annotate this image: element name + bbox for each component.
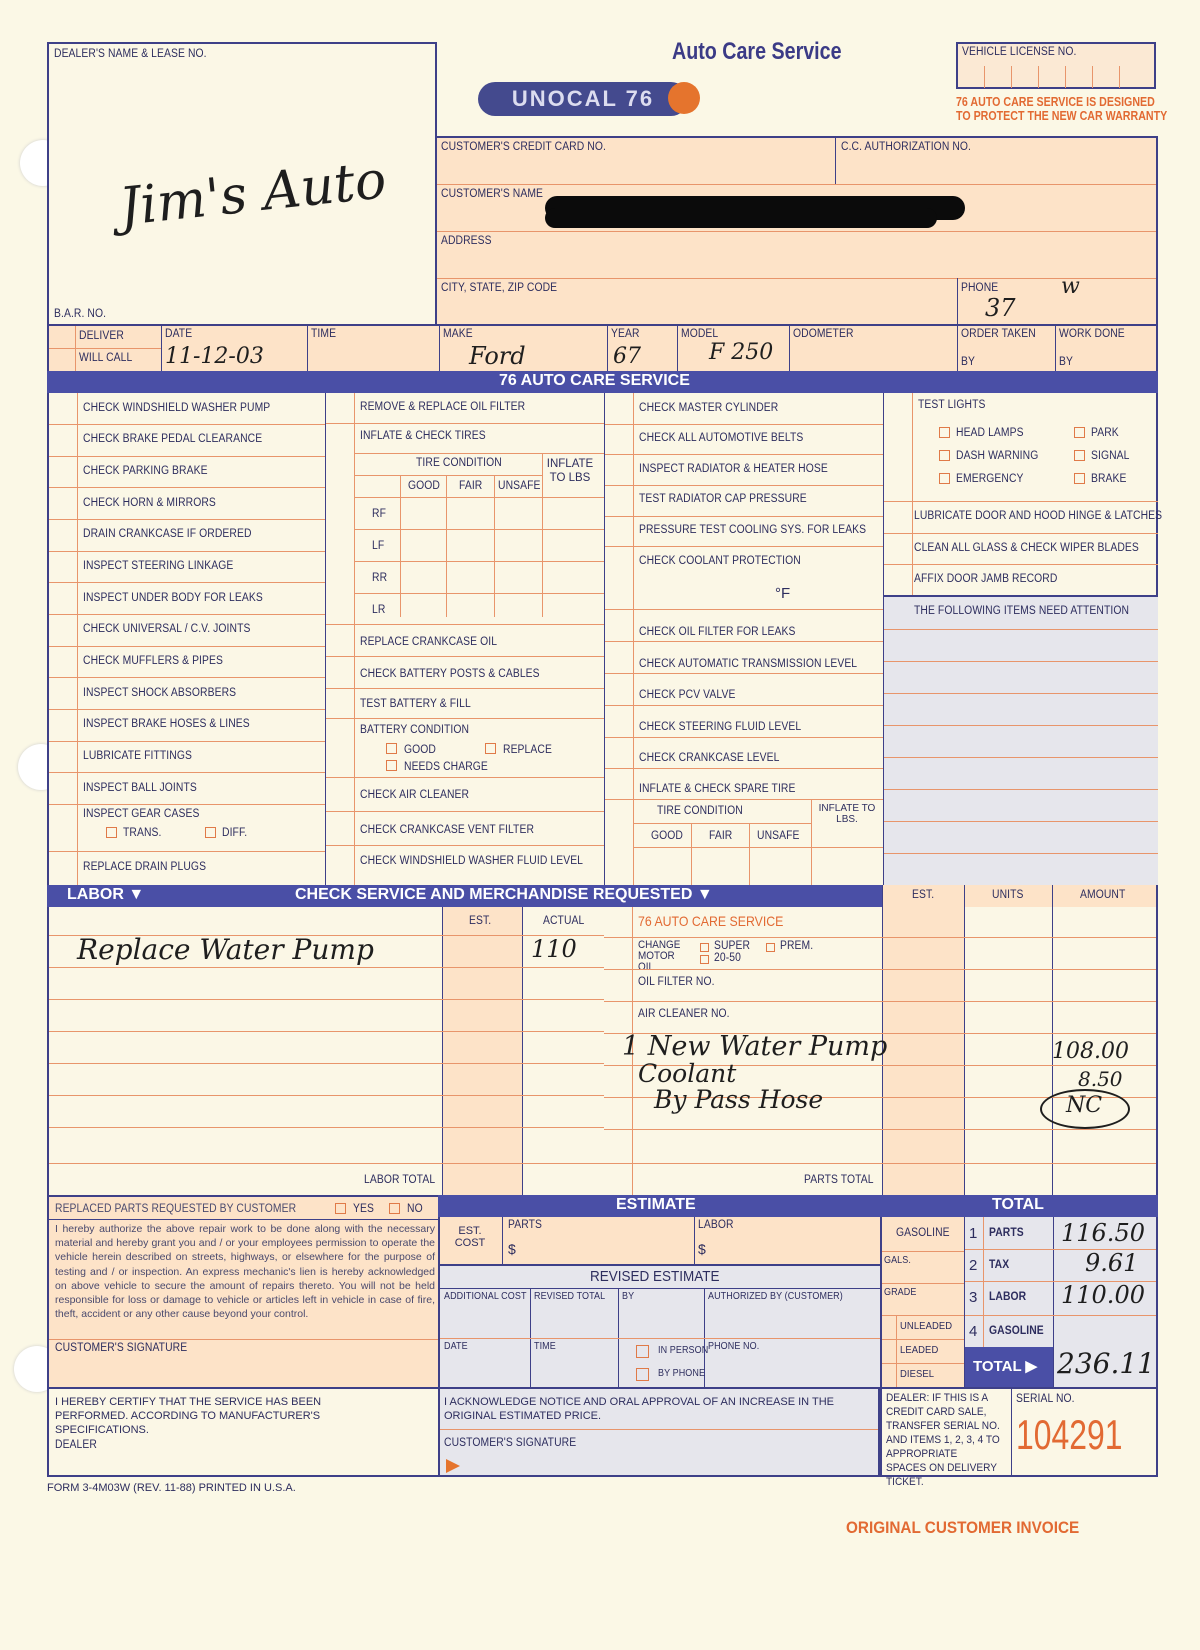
estimate-banner: ESTIMATE (438, 1195, 880, 1217)
city-state-zip-label: CITY, STATE, ZIP CODE (441, 282, 557, 294)
total-parts-value[interactable]: 116.50 (1061, 1219, 1145, 1247)
checklist-item[interactable]: CHECK CRANKCASE LEVEL (639, 752, 780, 764)
checklist-item[interactable]: CHECK AUTOMATIC TRANSMISSION LEVEL (639, 658, 857, 670)
est-labor-dollar[interactable]: $ (698, 1241, 706, 1257)
prem-oil-label: PREM. (780, 940, 813, 952)
checklist-item[interactable]: INSPECT BRAKE HOSES & LINES (83, 718, 250, 730)
tire-row-lf: LF (372, 540, 384, 552)
labor-total-label: LABOR TOTAL (364, 1174, 435, 1186)
phone-no-label: PHONE NO. (708, 1341, 759, 1352)
grade-label: GRADE (884, 1287, 916, 1298)
checklist-item[interactable]: CHECK PCV VALVE (639, 689, 735, 701)
checklist-item[interactable]: TEST RADIATOR CAP PRESSURE (639, 493, 807, 505)
tire-row-lr: LR (372, 604, 385, 616)
super-oil-label: SUPER (714, 940, 750, 952)
oil-2050-checkbox[interactable] (700, 955, 709, 964)
checklist-column-2: REMOVE & REPLACE OIL FILTER INFLATE & CH… (326, 393, 604, 885)
total-labor-label: LABOR (989, 1291, 1026, 1303)
total-gasoline-label: GASOLINE (989, 1325, 1044, 1337)
revised-by-label: BY (622, 1291, 634, 1302)
est-parts-dollar[interactable]: $ (508, 1241, 516, 1257)
tire-row-rf: RF (372, 508, 386, 520)
deliver-label: DELIVER (79, 330, 124, 342)
merch-amount[interactable]: NC (1066, 1093, 1102, 1118)
customer-signature-label: CUSTOMER'S SIGNATURE (55, 1342, 187, 1354)
model-value: F 250 (709, 340, 773, 365)
work-done-label: WORK DONE (1059, 328, 1125, 340)
authorized-by-label: AUTHORIZED BY (CUSTOMER) (708, 1291, 843, 1302)
checklist-item[interactable]: LUBRICATE FITTINGS (83, 750, 192, 762)
dash-warning-label: DASH WARNING (956, 450, 1038, 462)
trans-label: TRANS. (123, 827, 162, 839)
certify-block: I HEREBY CERTIFY THAT THE SERVICE HAS BE… (47, 1387, 438, 1477)
labor-line-actual[interactable]: 110 (531, 935, 577, 963)
total-line-number: 2 (969, 1257, 977, 1274)
additional-cost-label: ADDITIONAL COST (444, 1291, 527, 1302)
revised-estimate-block: REVISED ESTIMATE ADDITIONAL COST REVISED… (438, 1264, 880, 1387)
date-label: DATE (165, 328, 192, 340)
grand-total-label: TOTAL ▶ (973, 1357, 1037, 1375)
replaced-parts-label: REPLACED PARTS REQUESTED BY CUSTOMER (55, 1203, 296, 1215)
checklist-item[interactable]: INFLATE & CHECK TIRES (360, 430, 486, 442)
labor-line-description[interactable]: Replace Water Pump (77, 933, 374, 966)
spare-inflate-label: INFLATE TO LBS. (813, 803, 881, 825)
form-number: FORM 3-4M03W (REV. 11-88) PRINTED IN U.S… (47, 1482, 296, 1494)
revised-total-label: REVISED TOTAL (534, 1291, 605, 1302)
by-phone-label: BY PHONE (658, 1368, 705, 1379)
total-tax-value[interactable]: 9.61 (1085, 1249, 1138, 1277)
phone-value: 37 (985, 294, 1016, 322)
labor-banner: LABOR ▼ CHECK SERVICE AND MERCHANDISE RE… (47, 885, 882, 907)
warranty-notice: 76 AUTO CARE SERVICE IS DESIGNED TO PROT… (956, 95, 1167, 123)
checklist-item[interactable]: CHECK ALL AUTOMOTIVE BELTS (639, 432, 803, 444)
customer-name-label: CUSTOMER'S NAME (441, 188, 543, 200)
checklist-item[interactable]: CHECK STEERING FLUID LEVEL (639, 721, 801, 733)
vehicle-license-label: VEHICLE LICENSE NO. (962, 46, 1076, 58)
revised-estimate-label: REVISED ESTIMATE (590, 1268, 720, 1285)
park-checkbox[interactable] (1074, 427, 1085, 438)
date-value: 11-12-03 (165, 344, 264, 369)
address-label: ADDRESS (441, 235, 492, 247)
checklist-item[interactable]: INSPECT STEERING LINKAGE (83, 560, 233, 572)
brake-label: BRAKE (1091, 473, 1127, 485)
in-person-label: IN PERSON (658, 1345, 708, 1356)
odometer-label: ODOMETER (793, 328, 854, 340)
will-call-label: WILL CALL (79, 352, 132, 364)
merch-est-column (882, 907, 964, 1195)
replaced-parts-no-checkbox[interactable] (389, 1203, 400, 1214)
dealer-box: DEALER'S NAME & LEASE NO. Jim's Auto B.A… (47, 42, 437, 326)
checklist-column-1: CHECK WINDSHIELD WASHER PUMP CHECK BRAKE… (49, 393, 325, 885)
attention-area[interactable]: THE FOLLOWING ITEMS NEED ATTENTION (884, 595, 1158, 885)
checklist-item[interactable]: DRAIN CRANKCASE IF ORDERED (83, 528, 252, 540)
signal-label: SIGNAL (1091, 450, 1130, 462)
in-person-checkbox[interactable] (636, 1345, 649, 1358)
labor-section: EST. ACTUAL Replace Water Pump 110 LABOR… (47, 907, 604, 1195)
work-done-by-label: BY (1059, 356, 1073, 368)
checklist-item[interactable]: REMOVE & REPLACE OIL FILTER (360, 401, 525, 413)
tire-col-fair: FAIR (459, 480, 482, 492)
merch-item[interactable]: Coolant (638, 1059, 736, 1088)
merch-item[interactable]: By Pass Hose (654, 1085, 823, 1114)
authorization-block: REPLACED PARTS REQUESTED BY CUSTOMER YES… (47, 1195, 438, 1387)
leaded-label[interactable]: LEADED (900, 1344, 938, 1356)
estimate-cost-row: EST. COST PARTS $ LABOR $ (438, 1217, 880, 1264)
phone-note: w (1061, 274, 1080, 299)
total-banner: TOTAL (880, 1195, 1158, 1217)
head-lamps-checkbox[interactable] (939, 427, 950, 438)
serial-box: SERIAL NO. 104291 (1012, 1387, 1158, 1477)
dealer-signature-label[interactable]: DEALER (55, 1439, 97, 1451)
checklist-column-4: TEST LIGHTS HEAD LAMPS PARK DASH WARNING… (884, 393, 1158, 885)
total-tax-label: TAX (989, 1259, 1009, 1271)
merch-amount-label: AMOUNT (1080, 889, 1125, 901)
vehicle-license-box[interactable]: VEHICLE LICENSE NO. (956, 42, 1156, 89)
redaction-bar (545, 208, 937, 228)
tire-row-rr: RR (372, 572, 387, 584)
prem-oil-checkbox[interactable] (766, 943, 775, 952)
coolant-unit: °F (775, 585, 790, 602)
grand-total-label-box: TOTAL ▶ (965, 1347, 1053, 1387)
checklist-item[interactable]: INSPECT RADIATOR & HEATER HOSE (639, 463, 828, 475)
checklist-item[interactable]: REPLACE CRANKCASE OIL (360, 636, 497, 648)
checklist-item[interactable]: INSPECT UNDER BODY FOR LEAKS (83, 592, 263, 604)
acknowledge-block: I ACKNOWLEDGE NOTICE AND ORAL APPROVAL O… (438, 1387, 880, 1477)
checklist-item[interactable]: CHECK CRANKCASE VENT FILTER (360, 824, 534, 836)
battery-good-label: GOOD (404, 744, 436, 756)
vehicle-row: DELIVER WILL CALL DATE 11-12-03 TIME MAK… (47, 324, 1158, 371)
inflate-to-lbs-label: INFLATE TO LBS (542, 457, 598, 485)
checklist-item[interactable]: TEST BATTERY & FILL (360, 698, 471, 710)
merchandise-section: 76 AUTO CARE SERVICE CHANGE MOTOR OIL SU… (604, 907, 1158, 1195)
bar-no-label: B.A.R. NO. (54, 308, 106, 320)
checklist-item[interactable]: REPLACE DRAIN PLUGS (83, 861, 206, 873)
merch-est-label: EST. (912, 889, 934, 901)
head-lamps-label: HEAD LAMPS (956, 427, 1024, 439)
super-oil-checkbox[interactable] (700, 943, 709, 952)
checklist-item[interactable]: LUBRICATE DOOR AND HOOD HINGE & LATCHES (914, 510, 1162, 522)
acknowledge-text: I ACKNOWLEDGE NOTICE AND ORAL APPROVAL O… (444, 1395, 874, 1423)
grand-total-value[interactable]: 236.11 (1057, 1347, 1155, 1380)
diff-label: DIFF. (222, 827, 247, 839)
unleaded-label[interactable]: UNLEADED (900, 1320, 952, 1332)
spare-unsafe-label: UNSAFE (757, 830, 800, 842)
certify-text: I HEREBY CERTIFY THAT THE SERVICE HAS BE… (55, 1395, 385, 1437)
signal-checkbox[interactable] (1074, 450, 1085, 461)
spare-fair-label: FAIR (709, 830, 732, 842)
checklist-item[interactable]: PRESSURE TEST COOLING SYS. FOR LEAKS (639, 524, 866, 536)
checklist-item[interactable]: INSPECT BALL JOINTS (83, 782, 197, 794)
customer-info-block: CUSTOMER'S CREDIT CARD NO. C.C. AUTHORIZ… (437, 136, 1158, 326)
checklist-item[interactable]: CHECK BATTERY POSTS & CABLES (360, 668, 540, 680)
air-cleaner-label: AIR CLEANER NO. (638, 1008, 730, 1020)
total-parts-label: PARTS (989, 1227, 1024, 1239)
order-taken-label: ORDER TAKEN (961, 328, 1036, 340)
checklist-item[interactable]: CHECK MUFFLERS & PIPES (83, 655, 223, 667)
checklist-item[interactable]: INSPECT SHOCK ABSORBERS (83, 687, 236, 699)
phone-label: PHONE (961, 282, 998, 294)
make-label: MAKE (443, 328, 473, 340)
original-invoice-label: ORIGINAL CUSTOMER INVOICE (846, 1518, 1079, 1538)
parts-total-label: PARTS TOTAL (804, 1174, 874, 1186)
dealer-label: DEALER'S NAME & LEASE NO. (54, 48, 207, 60)
by-phone-checkbox[interactable] (636, 1368, 649, 1381)
replaced-parts-yes-label: YES (353, 1203, 374, 1215)
battery-needs-charge-checkbox[interactable] (386, 760, 397, 771)
labor-est-column (442, 907, 522, 1195)
service-banner: 76 AUTO CARE SERVICE (47, 371, 1158, 393)
checklist-item[interactable]: CHECK UNIVERSAL / C.V. JOINTS (83, 623, 250, 635)
logo-76-circle-icon (668, 82, 700, 114)
est-cost-label: EST. COST (450, 1225, 490, 1249)
revised-time-label: TIME (534, 1341, 556, 1352)
tire-col-good: GOOD (408, 480, 440, 492)
emergency-checkbox[interactable] (939, 473, 950, 484)
merch-amount[interactable]: 8.50 (1078, 1067, 1123, 1091)
total-line-number: 3 (969, 1289, 977, 1306)
checklist-item[interactable]: CHECK COOLANT PROTECTION (639, 555, 801, 567)
checklist-item[interactable]: INSPECT GEAR CASES (83, 808, 199, 820)
checklist-item[interactable]: CHECK BRAKE PEDAL CLEARANCE (83, 433, 262, 445)
diesel-label[interactable]: DIESEL (900, 1368, 934, 1380)
tire-col-unsafe: UNSAFE (498, 480, 541, 492)
page-title: Auto Care Service (672, 38, 842, 66)
totals-lines: 1 PARTS 116.50 2 TAX 9.61 3 LABOR 110.00… (964, 1217, 1158, 1387)
trans-checkbox[interactable] (106, 827, 117, 838)
year-label: YEAR (611, 328, 640, 340)
diff-checkbox[interactable] (205, 827, 216, 838)
test-lights-label: TEST LIGHTS (918, 399, 986, 411)
checklist-item[interactable]: CHECK HORN & MIRRORS (83, 497, 216, 509)
credit-card-label: CUSTOMER'S CREDIT CARD NO. (441, 141, 606, 153)
dealer-note-box: DEALER: IF THIS IS A CREDIT CARD SALE, T… (880, 1387, 1012, 1477)
tire-condition-label: TIRE CONDITION (416, 457, 502, 469)
battery-condition-label: BATTERY CONDITION (360, 724, 469, 736)
est-parts-label: PARTS (508, 1219, 542, 1231)
time-label: TIME (311, 328, 336, 340)
battery-replace-checkbox[interactable] (485, 743, 496, 754)
merch-amount[interactable]: 108.00 (1052, 1039, 1129, 1064)
unocal-logo: UNOCAL 76 (478, 82, 688, 116)
oil-filter-label: OIL FILTER NO. (638, 976, 715, 988)
checklist-item[interactable]: CHECK WINDSHIELD WASHER FLUID LEVEL (360, 855, 583, 867)
model-label: MODEL (681, 328, 718, 340)
checklist-item[interactable]: CHECK OIL FILTER FOR LEAKS (639, 626, 795, 638)
invoice-page: DEALER'S NAME & LEASE NO. Jim's Auto B.A… (0, 0, 1200, 1650)
year-value: 67 (613, 344, 641, 369)
brake-checkbox[interactable] (1074, 473, 1085, 484)
make-value: Ford (469, 342, 526, 370)
checklist-column-3: CHECK MASTER CYLINDER CHECK ALL AUTOMOTI… (605, 393, 883, 885)
checklist-area: CHECK WINDSHIELD WASHER PUMP CHECK BRAKE… (47, 393, 1158, 885)
battery-good-checkbox[interactable] (386, 743, 397, 754)
merch-item[interactable]: 1 New Water Pump (622, 1031, 887, 1062)
est-labor-label: LABOR (698, 1219, 734, 1231)
dash-warning-checkbox[interactable] (939, 450, 950, 461)
replaced-parts-yes-checkbox[interactable] (335, 1203, 346, 1214)
cc-auth-label: C.C. AUTHORIZATION NO. (841, 141, 971, 153)
sign-here-arrow-icon (446, 1459, 460, 1473)
checklist-item[interactable]: AFFIX DOOR JAMB RECORD (914, 573, 1057, 585)
emergency-label: EMERGENCY (956, 473, 1024, 485)
authorization-text: I hereby authorize the above repair work… (55, 1222, 435, 1321)
oil-2050-label: 20-50 (714, 952, 741, 964)
merch-units-label: UNITS (992, 889, 1024, 901)
merch-service-label: 76 AUTO CARE SERVICE (638, 913, 783, 929)
serial-label: SERIAL NO. (1016, 1393, 1075, 1405)
checklist-item[interactable]: INFLATE & CHECK SPARE TIRE (639, 783, 795, 795)
gasoline-label: GASOLINE (896, 1227, 950, 1239)
checklist-item[interactable]: CHECK MASTER CYLINDER (639, 402, 778, 414)
park-label: PARK (1091, 427, 1119, 439)
battery-replace-label: REPLACE (503, 744, 552, 756)
dealer-signature: Jim's Auto (117, 150, 389, 238)
battery-needs-charge-label: NEEDS CHARGE (404, 761, 488, 773)
checklist-item[interactable]: CHECK AIR CLEANER (360, 789, 469, 801)
gals-label: GALS. (884, 1255, 911, 1266)
labor-est-label: EST. (469, 915, 491, 927)
total-labor-value[interactable]: 110.00 (1061, 1281, 1145, 1309)
ack-signature-label[interactable]: CUSTOMER'S SIGNATURE (444, 1437, 576, 1449)
total-line-number: 1 (969, 1225, 977, 1242)
merch-header-row: EST. UNITS AMOUNT (882, 885, 1158, 907)
spare-tire-condition-label: TIRE CONDITION (657, 805, 743, 817)
dealer-note-text: DEALER: IF THIS IS A CREDIT CARD SALE, T… (886, 1391, 1000, 1489)
checklist-item[interactable]: CLEAN ALL GLASS & CHECK WIPER BLADES (914, 542, 1139, 554)
checklist-item[interactable]: CHECK PARKING BRAKE (83, 465, 208, 477)
labor-actual-label: ACTUAL (543, 915, 584, 927)
serial-number: 104291 (1016, 1411, 1123, 1459)
order-taken-by-label: BY (961, 356, 975, 368)
attention-label: THE FOLLOWING ITEMS NEED ATTENTION (914, 605, 1129, 617)
replaced-parts-no-label: NO (407, 1203, 423, 1215)
spare-good-label: GOOD (651, 830, 683, 842)
checklist-item[interactable]: CHECK WINDSHIELD WASHER PUMP (83, 402, 270, 414)
total-line-number: 4 (969, 1323, 977, 1340)
gasoline-block: GASOLINE GALS. GRADE UNLEADED LEADED DIE… (880, 1217, 964, 1387)
revised-date-label: DATE (444, 1341, 468, 1352)
